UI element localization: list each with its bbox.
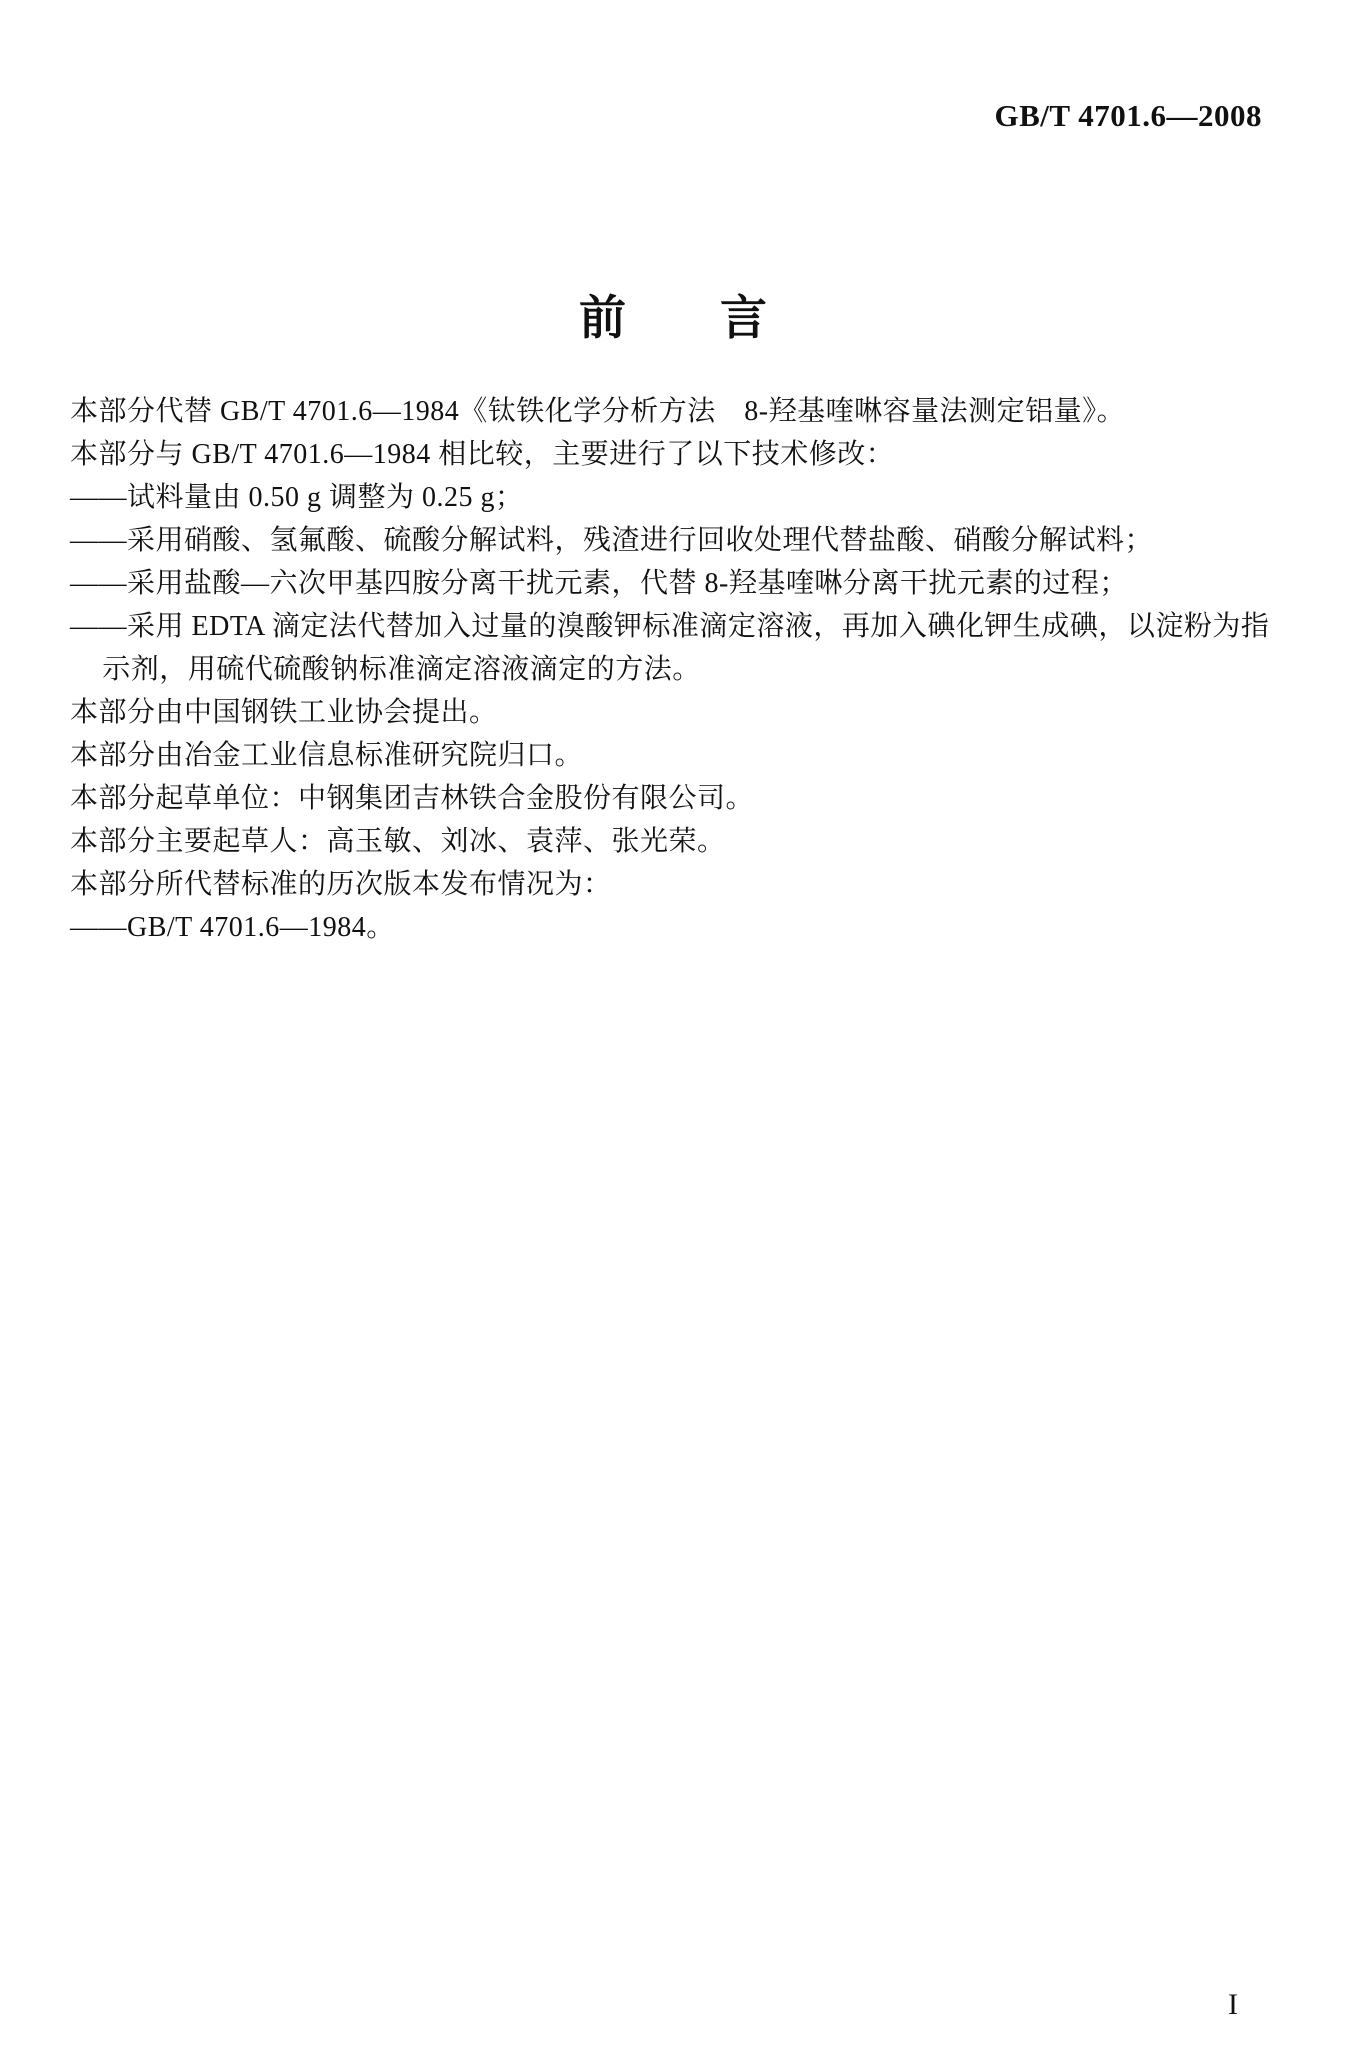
foreword-body: 本部分代替 GB/T 4701.6—1984《钛铁化学分析方法 8-羟基喹啉容量… xyxy=(70,390,1280,949)
foreword-line: 本部分所代替标准的历次版本发布情况为： xyxy=(70,863,1280,906)
foreword-line: 示剂，用硫代硫酸钠标准滴定溶液滴定的方法。 xyxy=(70,648,1280,691)
foreword-line: ——GB/T 4701.6—1984。 xyxy=(70,906,1280,949)
foreword-line: ——采用 EDTA 滴定法代替加入过量的溴酸钾标准滴定溶液，再加入碘化钾生成碘，… xyxy=(70,605,1280,648)
standard-code-header: GB/T 4701.6—2008 xyxy=(994,98,1262,134)
foreword-line: ——采用硝酸、氢氟酸、硫酸分解试料，残渣进行回收处理代替盐酸、硝酸分解试料； xyxy=(70,519,1280,562)
page-title: 前 言 xyxy=(0,289,1346,349)
foreword-line: ——试料量由 0.50 g 调整为 0.25 g； xyxy=(70,476,1280,519)
foreword-line: ——采用盐酸—六次甲基四胺分离干扰元素，代替 8-羟基喹啉分离干扰元素的过程； xyxy=(70,562,1280,605)
page-number: I xyxy=(1228,1988,1238,2022)
foreword-line: 本部分由冶金工业信息标准研究院归口。 xyxy=(70,734,1280,777)
foreword-line: 本部分代替 GB/T 4701.6—1984《钛铁化学分析方法 8-羟基喹啉容量… xyxy=(70,390,1280,433)
foreword-line: 本部分与 GB/T 4701.6—1984 相比较，主要进行了以下技术修改： xyxy=(70,433,1280,476)
foreword-line: 本部分主要起草人：高玉敏、刘冰、袁萍、张光荣。 xyxy=(70,820,1280,863)
document-page: GB/T 4701.6—2008 前 言 本部分代替 GB/T 4701.6—1… xyxy=(0,0,1346,2048)
foreword-line: 本部分由中国钢铁工业协会提出。 xyxy=(70,691,1280,734)
foreword-line: 本部分起草单位：中钢集团吉林铁合金股份有限公司。 xyxy=(70,777,1280,820)
